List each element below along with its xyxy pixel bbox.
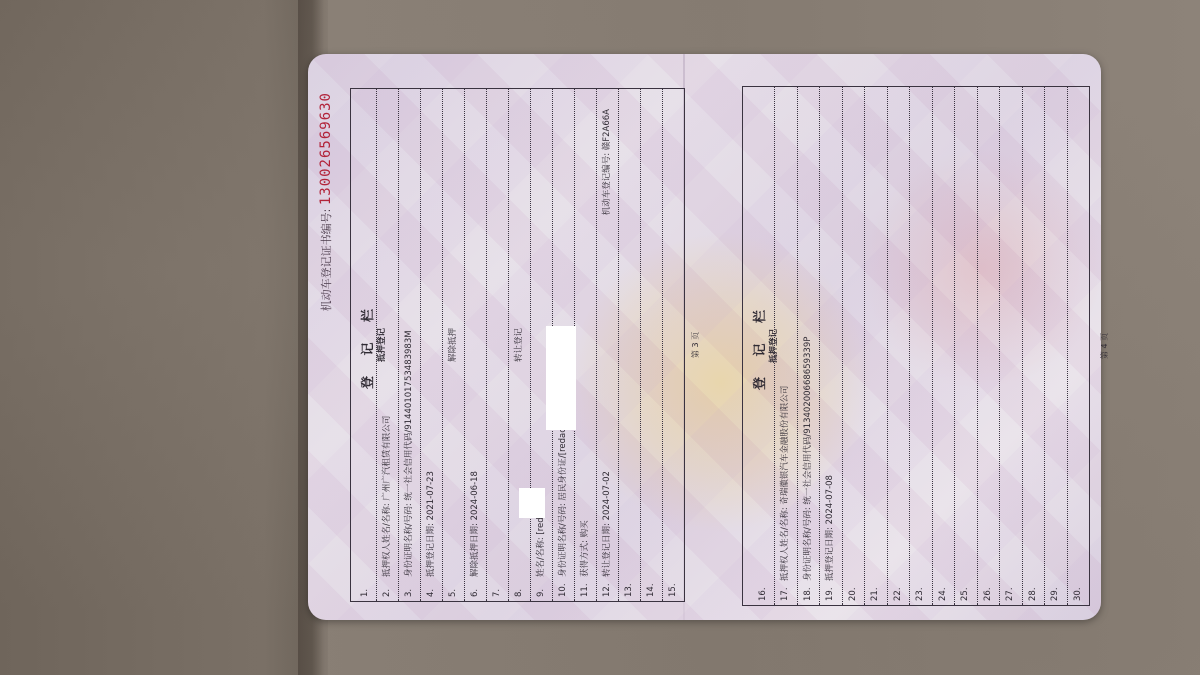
row-number: 1. [355, 577, 376, 597]
registration-row: 7. [486, 89, 508, 601]
registration-row: 16. [753, 87, 775, 605]
row-number: 25. [955, 581, 977, 601]
row-section-label: 转让登记 [509, 89, 530, 601]
row-number: 26. [978, 581, 1000, 601]
certificate-serial: 机动车登记证书编号: 130026569630 [318, 92, 334, 612]
registration-row: 8.转让登记 [508, 89, 530, 601]
registration-row: 25. [954, 87, 977, 605]
row-text: 抵押权人姓名/名称: 广州广汽租赁有限公司 [382, 416, 392, 577]
row-number: 10. [553, 577, 574, 597]
row-number: 11. [575, 577, 596, 597]
row-text: 身份证明名称/号码: 统一社会信用代码/91440101753483983M [404, 330, 414, 577]
row-number: 22. [888, 581, 910, 601]
row-text: 身份证明名称/号码: 统一社会信用代码/91340200668659339P [803, 337, 813, 581]
row-number: 3. [399, 577, 420, 597]
row-number: 12. [597, 577, 618, 597]
registration-row: 23. [909, 87, 932, 605]
registration-row: 11.获得方式: 购买 [574, 89, 596, 601]
row-text: 抵押登记日期: 2024-07-08 [825, 475, 835, 581]
registration-row: 14. [640, 89, 662, 601]
row-number: 4. [421, 577, 442, 597]
row-number: 21. [865, 581, 887, 601]
page4-number: 第 4 页 [1099, 86, 1110, 606]
serial-number: 130026569630 [318, 92, 334, 205]
page3-rows: 1.2.抵押权人姓名/名称: 广州广汽租赁有限公司3.身份证明名称/号码: 统一… [355, 89, 684, 601]
row-number: 24. [933, 581, 955, 601]
registration-row: 3.身份证明名称/号码: 统一社会信用代码/91440101753483983M [398, 89, 420, 601]
registration-row: 28. [1022, 87, 1045, 605]
registration-row: 27. [999, 87, 1022, 605]
row-text: 抵押登记日期: 2021-07-23 [426, 471, 436, 577]
row-number: 14. [641, 577, 662, 597]
row-number: 2. [377, 577, 398, 597]
page4-rows: 16.17.抵押权人姓名/名称: 奇瑞徽银汽车金融股份有限公司18.身份证明名称… [753, 87, 1090, 605]
row-text: 转让登记日期: 2024-07-02 [602, 471, 612, 577]
registration-table-p4: 登 记 栏 抵押登记 16.17.抵押权人姓名/名称: 奇瑞徽银汽车金融股份有限… [742, 86, 1090, 606]
row-number: 23. [910, 581, 932, 601]
registration-row: 4.抵押登记日期: 2021-07-23 [420, 89, 442, 601]
row-text: 解除抵押日期: 2024-06-18 [470, 471, 480, 577]
registration-row: 17.抵押权人姓名/名称: 奇瑞徽银汽车金融股份有限公司 [774, 87, 797, 605]
registration-row: 2.抵押权人姓名/名称: 广州广汽租赁有限公司 [376, 89, 398, 601]
row-number: 20. [843, 581, 865, 601]
registration-row: 24. [932, 87, 955, 605]
row-number: 30. [1068, 581, 1090, 601]
registration-row: 22. [887, 87, 910, 605]
row-number: 19. [820, 581, 842, 601]
row-text: 抵押权人姓名/名称: 奇瑞徽银汽车金融股份有限公司 [780, 386, 790, 581]
row-text: 身份证明名称/号码: 居民身份证/[redacted] [558, 411, 568, 577]
row-number: 9. [531, 577, 552, 597]
row-number: 15. [663, 577, 684, 597]
row-note: 机动车登记编号: 赣F2A66A [597, 109, 618, 215]
registration-row: 5.解除抵押 [442, 89, 464, 601]
registration-row: 6.解除抵押日期: 2024-06-18 [464, 89, 486, 601]
registration-row: 1. [355, 89, 376, 601]
row-number: 18. [798, 581, 820, 601]
page3-number: 第 3 页 [690, 88, 701, 602]
page-4: 登 记 栏 抵押登记 16.17.抵押权人姓名/名称: 奇瑞徽银汽车金融股份有限… [742, 86, 1090, 606]
registration-row: 29. [1044, 87, 1067, 605]
redaction-box [519, 488, 545, 518]
registration-row: 15. [662, 89, 684, 601]
page-3: 机动车登记证书编号: 130026569630 登 记 栏 抵押登记 1.2.抵… [350, 88, 685, 602]
serial-label: 机动车登记证书编号: [320, 209, 333, 312]
registration-row: 26. [977, 87, 1000, 605]
row-number: 29. [1045, 581, 1067, 601]
registration-table-p3: 登 记 栏 抵押登记 1.2.抵押权人姓名/名称: 广州广汽租赁有限公司3.身份… [350, 88, 685, 602]
row-section-label: 解除抵押 [443, 89, 464, 601]
registration-row: 21. [864, 87, 887, 605]
redaction-box [546, 326, 576, 430]
row-number: 16. [753, 581, 775, 601]
row-number: 13. [619, 577, 640, 597]
registration-row: 18.身份证明名称/号码: 统一社会信用代码/91340200668659339… [797, 87, 820, 605]
row-number: 17. [775, 581, 797, 601]
registration-row: 30. [1067, 87, 1090, 605]
row-number: 6. [465, 577, 486, 597]
registration-row: 19.抵押登记日期: 2024-07-08 [819, 87, 842, 605]
row-number: 7. [487, 577, 508, 597]
registration-row: 13. [618, 89, 640, 601]
row-text: 获得方式: 购买 [580, 520, 590, 577]
registration-row: 20. [842, 87, 865, 605]
registration-row: 12.转让登记日期: 2024-07-02机动车登记编号: 赣F2A66A [596, 89, 618, 601]
row-number: 27. [1000, 581, 1022, 601]
row-number: 28. [1023, 581, 1045, 601]
